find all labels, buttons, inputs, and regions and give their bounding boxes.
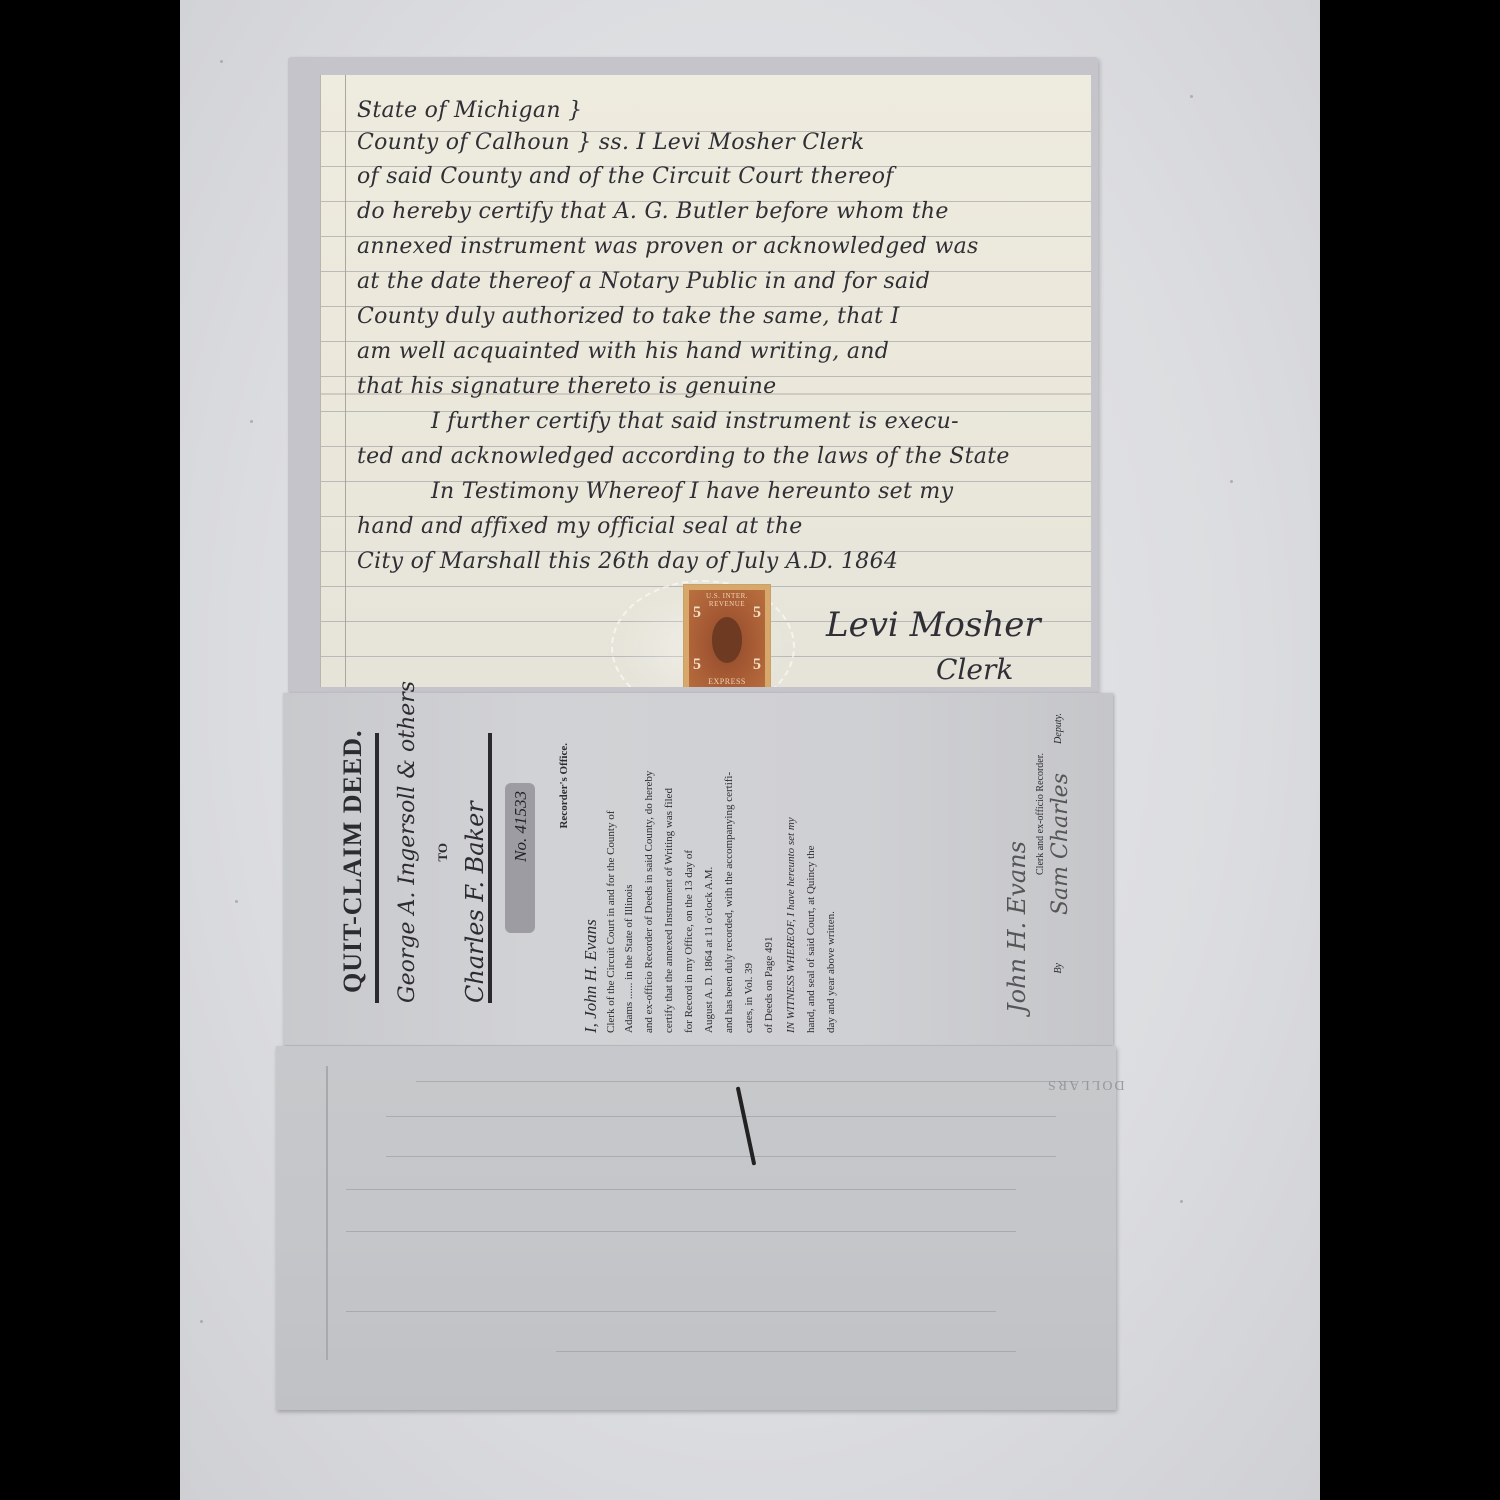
recorder-text-line: day and year above written. — [825, 723, 837, 1033]
ink-mark — [736, 1086, 757, 1165]
deed-back-sheet: DOLLARS — [276, 1046, 1116, 1410]
recorder-text-line: August A. D. 1864 at 11 o'clock A.M. — [703, 723, 715, 1033]
cert-line: am well acquainted with his hand writing… — [357, 336, 1071, 368]
certificate-sheet: State of Michigan } County of Calhoun } … — [320, 75, 1091, 687]
grantee-name: Charles F. Baker — [461, 733, 489, 1003]
recorder-text-line: cates, in Vol. 39 — [743, 723, 755, 1033]
cert-line: at the date thereof a Notary Public in a… — [357, 266, 1071, 298]
recorder-text-line: and ex-officio Recorder of Deeds in said… — [643, 723, 655, 1033]
grantee-rule — [488, 733, 492, 1003]
cert-line: City of Marshall this 26th day of July A… — [357, 546, 1071, 578]
cert-line: County of Calhoun } ss. I Levi Mosher Cl… — [357, 127, 1071, 159]
deputy-label: Deputy. — [1053, 713, 1064, 744]
to-label: TO — [435, 843, 451, 862]
dust-speck — [200, 1320, 203, 1323]
stamp-denomination: 5 — [753, 656, 761, 674]
border-line — [326, 1066, 328, 1360]
recorder-text-line: certify that the annexed Instrument of W… — [663, 723, 675, 1033]
recorder-title: Clerk and ex-officio Recorder. — [1035, 753, 1046, 875]
clerk-signature: Levi Mosher — [826, 605, 1041, 645]
recorder-text-line: Clerk of the Circuit Court in and for th… — [605, 723, 617, 1033]
washington-portrait-icon — [712, 617, 742, 662]
cert-line: ted and acknowledged according to the la… — [357, 441, 1071, 473]
mirrored-heading: DOLLARS — [1046, 1076, 1125, 1092]
cert-line: do hereby certify that A. G. Butler befo… — [357, 196, 1071, 228]
cert-line: State of Michigan } — [357, 95, 1071, 127]
number-label: No. — [511, 838, 530, 862]
deed-cover: QUIT-CLAIM DEED. George A. Ingersoll & o… — [283, 693, 1113, 1045]
grantor-name: George A. Ingersoll & others — [395, 733, 420, 1003]
stamp-denomination: 5 — [753, 604, 761, 622]
dust-speck — [1190, 95, 1193, 98]
cert-line: hand and affixed my official seal at the — [357, 511, 1071, 543]
revenue-stamp: U.S. INTER. REVENUE 5 5 5 5 EXPRESS — [684, 585, 770, 687]
dust-speck — [220, 60, 223, 63]
recorders-office-label: Recorder's Office. — [558, 743, 570, 829]
recorder-text-line: and has been duly recorded, with the acc… — [723, 723, 735, 1033]
recorder-text-line: I, John H. Evans — [581, 723, 601, 1033]
number-box: No. 41533 — [505, 783, 535, 933]
clerk-title: Clerk — [936, 653, 1013, 686]
recorder-text-line: Adams ...... in the State of Illinois — [623, 723, 635, 1033]
recorder-text-line: of Deeds on Page 491 — [763, 723, 775, 1033]
cert-line: In Testimony Whereof I have hereunto set… — [431, 476, 1071, 508]
recorder-text-line: for Record in my Office, on the 13 day o… — [683, 723, 695, 1033]
stamp-bottom-text: EXPRESS — [689, 677, 765, 686]
by-label: By — [1053, 963, 1064, 974]
deed-title: QUIT-CLAIM DEED. — [338, 733, 368, 993]
title-rule — [375, 733, 379, 1003]
stamp-denomination: 5 — [693, 656, 701, 674]
cert-line: I further certify that said instrument i… — [431, 406, 1071, 438]
dust-speck — [1180, 1200, 1183, 1203]
cert-line: County duly authorized to take the same,… — [357, 301, 1071, 333]
recorder-signature: John H. Evans — [1003, 713, 1031, 1013]
cert-line: of said County and of the Circuit Court … — [357, 161, 1071, 193]
dust-speck — [250, 420, 253, 423]
dust-speck — [235, 900, 238, 903]
deputy-signature: Sam Charles — [1048, 773, 1073, 915]
recorder-text-line: IN WITNESS WHEREOF, I have hereunto set … — [785, 723, 797, 1033]
cert-line: annexed instrument was proven or acknowl… — [357, 231, 1071, 263]
recorder-text-line: hand, and seal of said Court, at Quincy … — [805, 723, 817, 1033]
cert-line: that his signature thereto is genuine — [357, 371, 1071, 403]
stamp-denomination: 5 — [693, 604, 701, 622]
deed-number: 41533 — [511, 791, 530, 834]
dust-speck — [1230, 480, 1233, 483]
